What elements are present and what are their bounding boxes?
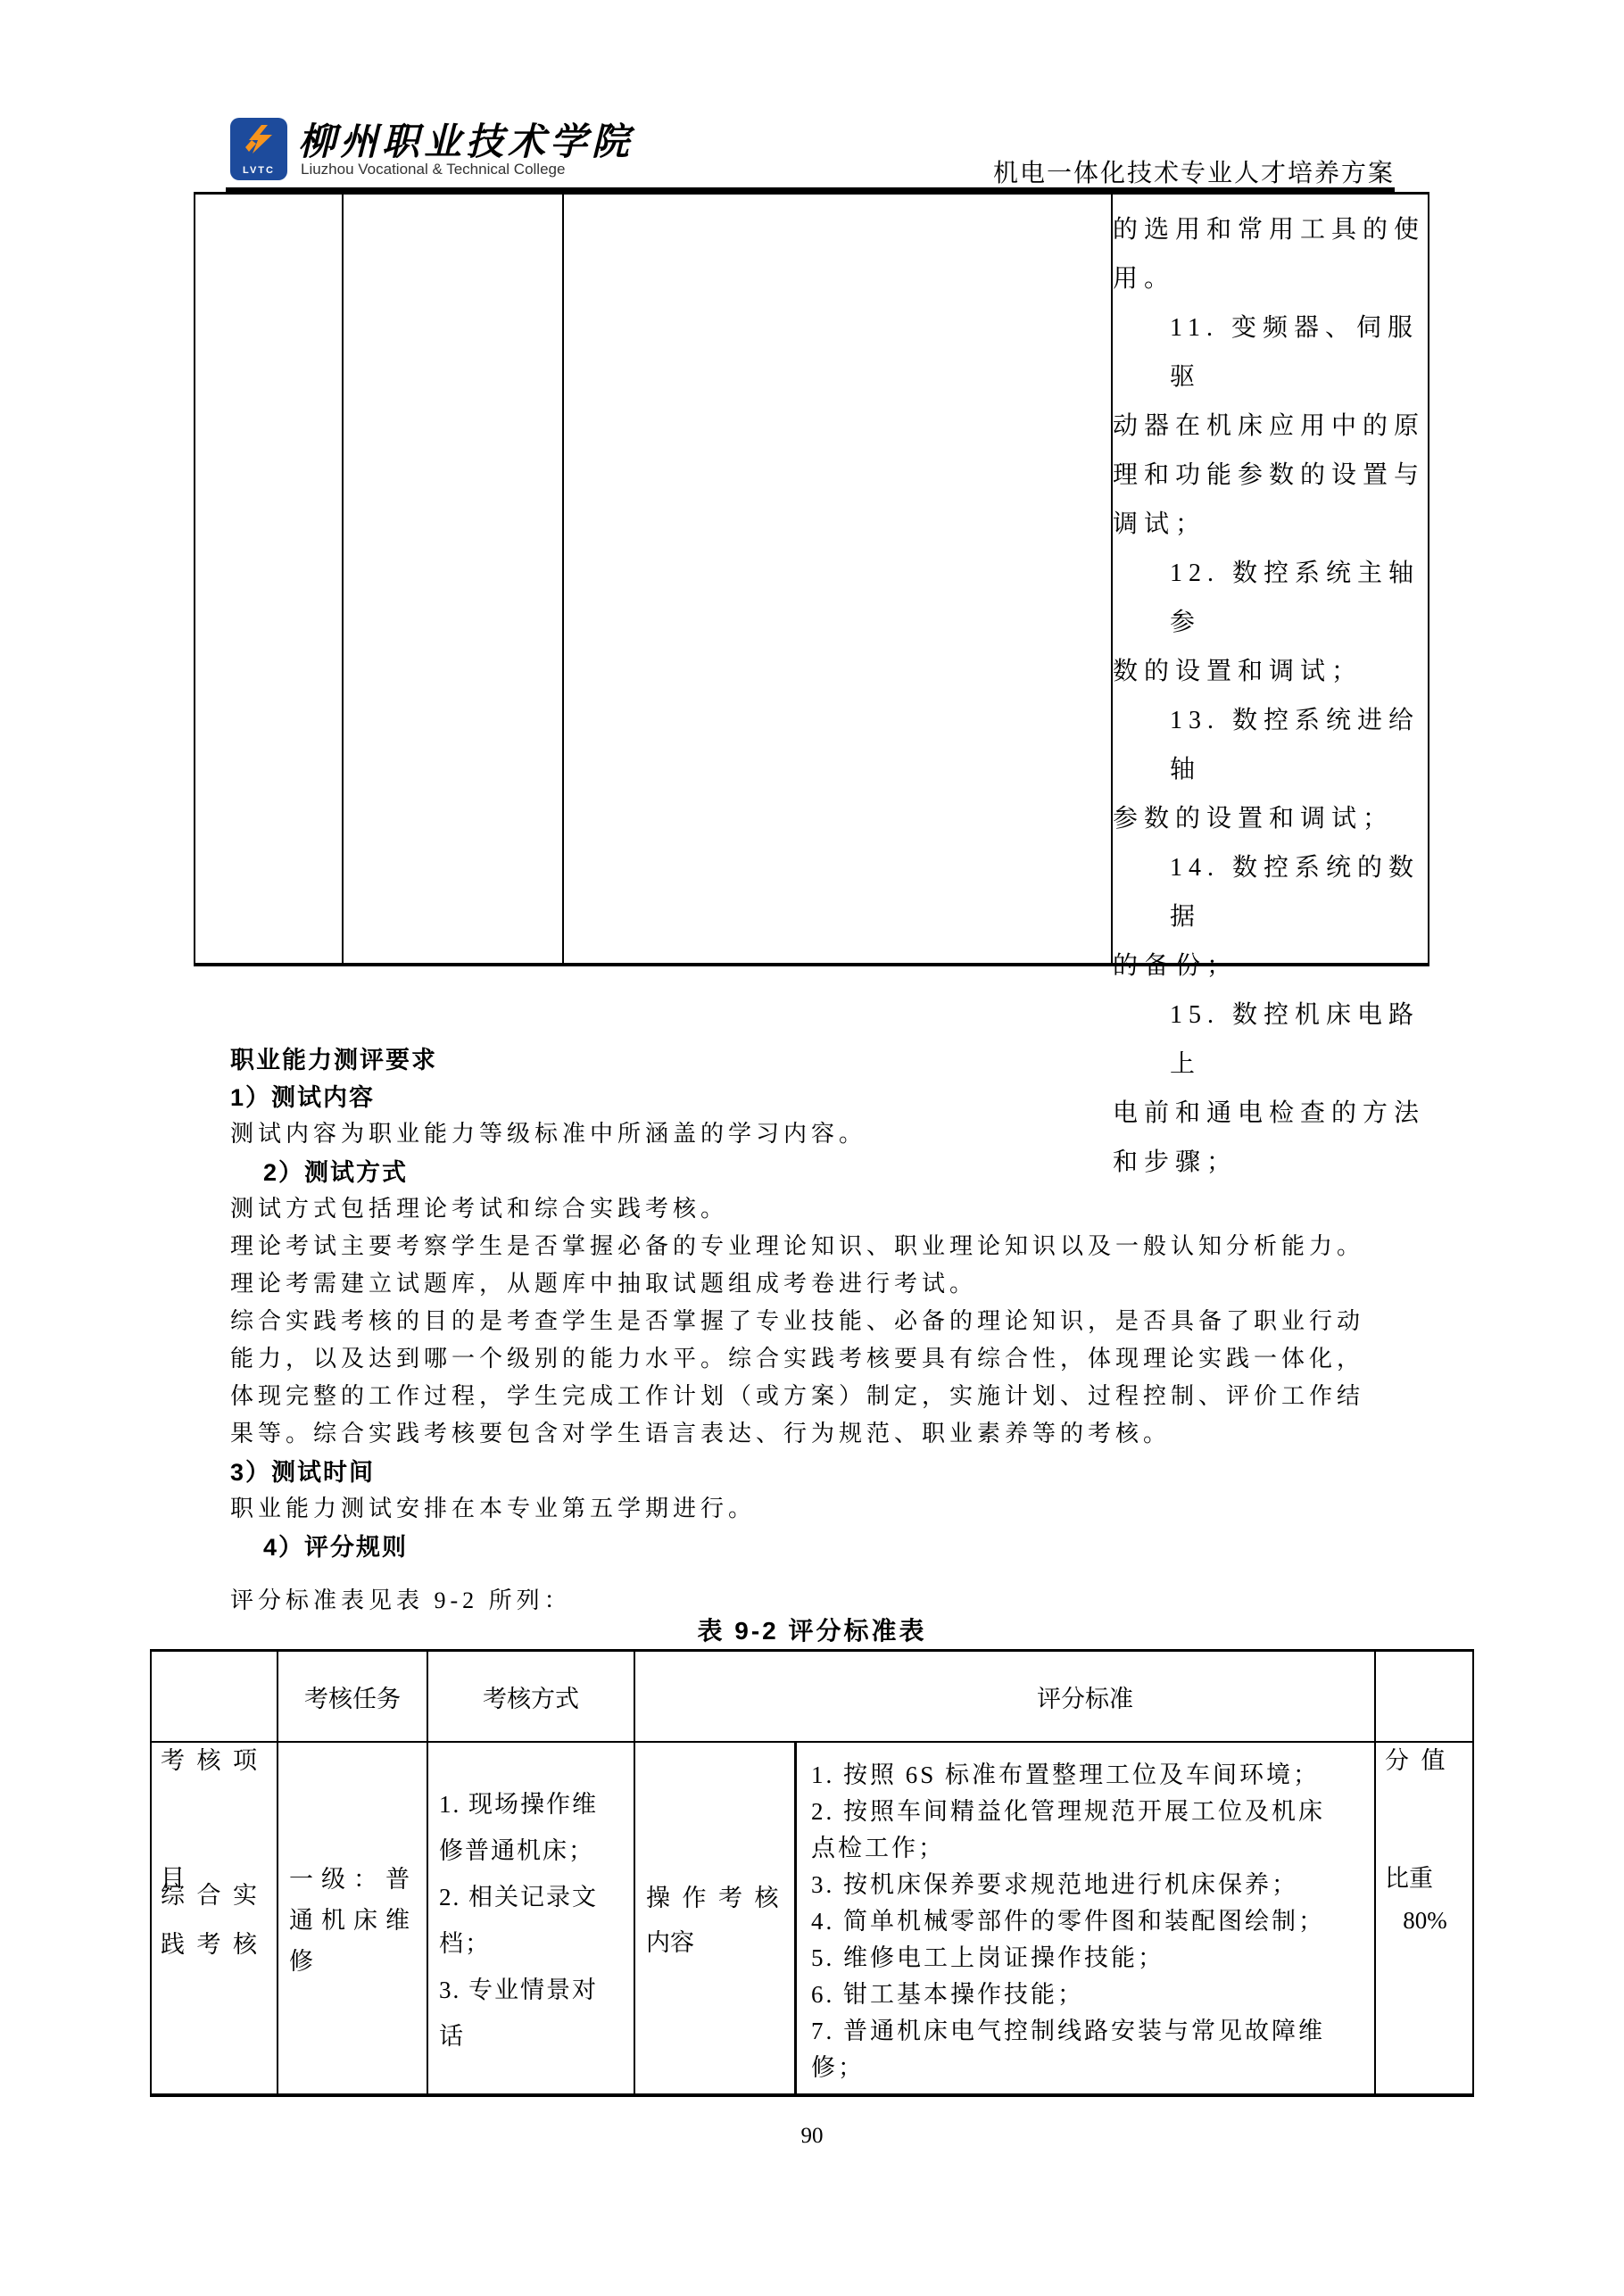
- cell-exam-content: 操 作 考 核内容: [635, 1743, 794, 2098]
- knowledge-line: 参数的设置和调试；: [1113, 794, 1427, 843]
- document-title: 机电一体化技术专业人才培养方案: [993, 153, 1395, 189]
- knowledge-line: 用。: [1113, 254, 1427, 303]
- criteria-line: 5. 维修电工上岗证操作技能；: [811, 1940, 1365, 1977]
- header-scoring-standard: 评分标准: [635, 1652, 1374, 1741]
- cell-line: 内容: [646, 1920, 694, 1965]
- criteria-line: 6. 钳工基本操作技能；: [811, 1977, 1365, 2013]
- document-page: LVTC 柳州职业技术学院 Liuzhou Vocational & Techn…: [0, 0, 1624, 2296]
- text-line: 体现完整的工作过程，学生完成工作计划（或方案）制定，实施计划、过程控制、评价工作…: [230, 1378, 1430, 1415]
- cell-exam-method: 1. 现场操作维修普通机床；2. 相关记录文档；3. 专业情景对话: [428, 1743, 634, 2098]
- knowledge-line: 动器在机床应用中的原: [1113, 402, 1427, 451]
- text-line: 2）测试方式: [230, 1153, 1430, 1190]
- scoring-table-caption: 表 9-2 评分标准表: [150, 1612, 1474, 1647]
- text-line: 测试方式包括理论考试和综合实践考核。: [230, 1190, 1430, 1228]
- college-name-english: Liuzhou Vocational & Technical College: [301, 161, 565, 178]
- criteria-line: 3. 按机床保养要求规范地进行机床保养；: [811, 1867, 1365, 1903]
- header-exam-task: 考核任务: [278, 1652, 427, 1741]
- logo-text: LVTC: [230, 165, 287, 176]
- header-score-weight: 分 值 比重: [1376, 1652, 1474, 1741]
- header-exam-method: 考核方式: [428, 1652, 634, 1741]
- cell-score-weight: 80%: [1376, 1743, 1474, 2098]
- cell-line: 一级：普: [289, 1859, 418, 1900]
- cell-line: 操 作 考 核: [646, 1876, 779, 1920]
- cell-line: 3. 专业情景对: [439, 1967, 598, 2013]
- knowledge-line: 12. 数控系统主轴参: [1113, 549, 1427, 647]
- text-line: 果等。综合实践考核要包含对学生语言表达、行为规范、职业素养等的考核。: [230, 1415, 1430, 1453]
- cell-line: 修普通机床；: [439, 1828, 594, 1874]
- knowledge-line: 14. 数控系统的数据: [1113, 843, 1427, 941]
- evaluation-requirements-section: 职业能力测评要求1）测试内容测试内容为职业能力等级标准中所涵盖的学习内容。2）测…: [230, 1040, 1430, 1620]
- college-name-chinese: 柳州职业技术学院: [298, 112, 634, 166]
- knowledge-line: 理和功能参数的设置与: [1113, 451, 1427, 500]
- cell-line: 践 考 核: [161, 1920, 257, 1969]
- text-line: 职业能力测评要求: [230, 1040, 1430, 1078]
- header-text: 评分标准: [1037, 1679, 1133, 1714]
- text-line: 职业能力测试安排在本专业第五学期进行。: [230, 1490, 1430, 1528]
- text-line: 4）评分规则: [230, 1528, 1430, 1565]
- knowledge-line: 调试；: [1113, 500, 1427, 549]
- cell-line: 修: [289, 1941, 321, 1982]
- ability-standard-table: 的选用和常用工具的使用。11. 变频器、伺服驱动器在机床应用中的原理和功能参数的…: [194, 192, 1429, 966]
- text-line: 测试内容为职业能力等级标准中所涵盖的学习内容。: [230, 1115, 1430, 1153]
- table1-column-divider: [562, 195, 564, 963]
- cell-line: 档；: [439, 1920, 491, 1967]
- table1-column-divider: [342, 195, 344, 963]
- knowledge-line: 的备份；: [1113, 941, 1427, 991]
- page-number: 90: [0, 2124, 1624, 2149]
- weight-value: 80%: [1403, 1907, 1447, 1935]
- cell-line: 通机床维: [289, 1900, 418, 1941]
- text-line: 理论考需建立试题库，从题库中抽取试题组成考卷进行考试。: [230, 1265, 1430, 1303]
- text-line: 1）测试内容: [230, 1078, 1430, 1115]
- criteria-line: 4. 简单机械零部件的零件图和装配图绘制；: [811, 1903, 1365, 1940]
- header-text: 考核任务: [304, 1679, 401, 1714]
- lvtc-lightning-icon: [240, 122, 278, 156]
- text-line: 综合实践考核的目的是考查学生是否掌握了专业技能、必备的理论知识，是否具备了职业行…: [230, 1303, 1430, 1340]
- text-line: 能力，以及达到哪一个级别的能力水平。综合实践考核要具有综合性，体现理论实践一体化…: [230, 1340, 1430, 1378]
- cell-line: 综 合 实: [161, 1871, 257, 1920]
- cell-exam-item: 综 合 实践 考 核: [152, 1743, 277, 2098]
- header-exam-item: 考 核 项 目: [152, 1652, 277, 1741]
- college-logo: LVTC: [230, 118, 287, 180]
- cell-line: 2. 相关记录文: [439, 1874, 598, 1920]
- criteria-line: 1. 按照 6S 标准布置整理工位及车间环境；: [811, 1757, 1365, 1794]
- header-text: 考核方式: [483, 1679, 579, 1714]
- cell-scoring-criteria: 1. 按照 6S 标准布置整理工位及车间环境；2. 按照车间精益化管理规范开展工…: [797, 1743, 1374, 2098]
- criteria-line: 2. 按照车间精益化管理规范开展工位及机床: [811, 1794, 1365, 1830]
- scoring-standard-table: 考 核 项 目 考核任务 考核方式 评分标准 分 值 比重 综 合 实践 考 核…: [150, 1649, 1474, 2097]
- cell-exam-task: 一级：普通机床维修: [278, 1743, 427, 2098]
- criteria-line: 7. 普通机床电气控制线路安装与常见故障维: [811, 2013, 1365, 2050]
- text-line: 3）测试时间: [230, 1453, 1430, 1490]
- knowledge-line: 数的设置和调试；: [1113, 647, 1427, 696]
- knowledge-line: 13. 数控系统进给轴: [1113, 696, 1427, 794]
- cell-line: 1. 现场操作维: [439, 1781, 598, 1828]
- knowledge-requirements-cell: 的选用和常用工具的使用。11. 变频器、伺服驱动器在机床应用中的原理和功能参数的…: [1113, 205, 1427, 1187]
- criteria-line: 修；: [811, 2050, 1365, 2086]
- criteria-line: 点检工作；: [811, 1830, 1365, 1867]
- knowledge-line: 的选用和常用工具的使: [1113, 205, 1427, 254]
- text-line: 理论考试主要考察学生是否掌握必备的专业理论知识、职业理论知识以及一般认知分析能力…: [230, 1228, 1430, 1265]
- cell-line: 话: [439, 2013, 465, 2060]
- knowledge-line: 11. 变频器、伺服驱: [1113, 303, 1427, 402]
